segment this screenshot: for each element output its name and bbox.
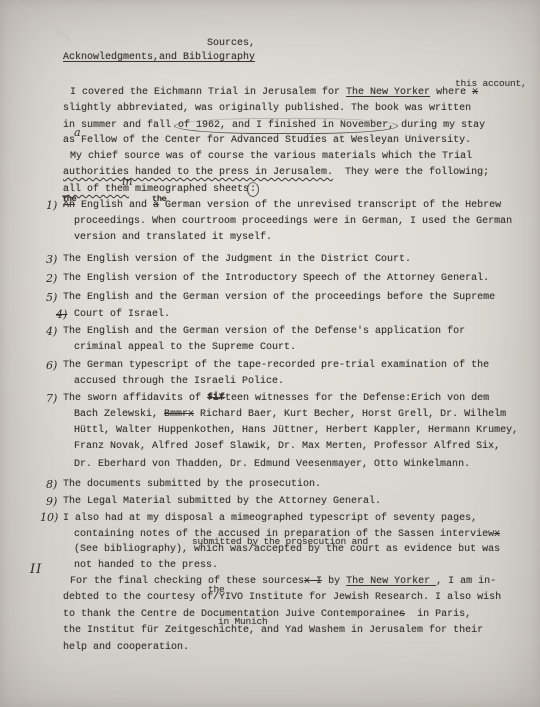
list-item-line: The German typescript of the tape-record… — [63, 359, 489, 372]
paragraph-line: For the final checking of these sourcesx… — [70, 575, 496, 588]
list-item-line: Hüttl, Walter Huppenkothen, Hans Jüttner… — [74, 424, 518, 437]
list-number: 8) — [46, 478, 57, 493]
list-item-line: accused through the Israeli Police. — [74, 375, 284, 388]
paragraph-line: debted to the courtesy of/YIVO Institute… — [63, 591, 501, 604]
list-number: 7) — [46, 392, 57, 407]
text-segment: Acknowledgments,and Bibliography — [63, 52, 255, 63]
overstrike-correction: AnThe — [63, 199, 75, 212]
text-segment: English and — [75, 200, 153, 211]
list-item-line: The documents submitted by the prosecuti… — [63, 478, 321, 491]
text-segment: The English version of the Introductory … — [63, 273, 489, 284]
paragraph-line: the Institut für Zeitgeschichte, and Yad… — [63, 624, 483, 637]
list-item-line: Bach Zelewski, Bmmrx Richard Baer, Kurt … — [74, 408, 506, 421]
text-segment: For the final checking of these sources — [70, 576, 304, 587]
list-item-line: AnThe English and athe German version of… — [63, 199, 501, 212]
list-number: 3) — [46, 253, 57, 268]
text-segment: The English version of the Judgment in t… — [63, 254, 411, 265]
list-item-line: Court of Israel. — [74, 308, 170, 321]
overstrike-correction: fifsix — [207, 392, 225, 405]
doc-subtitle: Acknowledgments,and Bibliography — [63, 51, 255, 64]
text-segment: Franz Novak, Alfred Josef Slawik, Dr. Ma… — [74, 441, 500, 452]
text-segment: by — [322, 576, 346, 587]
typed-correction: the — [152, 193, 166, 206]
text-segment: x I — [304, 576, 322, 587]
text-segment: Hüttl, Walter Huppenkothen, Hans Jüttner… — [74, 425, 518, 436]
text-segment: help and cooperation. — [63, 642, 189, 653]
handwritten-annotation: 3) — [46, 253, 57, 266]
handwritten-annotation: 1) — [46, 199, 57, 212]
text-segment: mimeographed sheets — [129, 184, 249, 195]
list-item-line: criminal appeal to the Supreme Court. — [74, 341, 296, 354]
text-segment: The Legal Material submitted by the Atto… — [63, 496, 381, 507]
text-segment: The German typescript of the tape-record… — [63, 360, 489, 371]
text-segment: The English and the German version of th… — [63, 292, 495, 303]
paragraph-line: help and cooperation. — [63, 641, 189, 654]
text-segment: , I am in- — [436, 576, 496, 587]
handwritten-annotation: 4) — [56, 308, 67, 321]
text-segment: The sworn affidavits of — [63, 393, 207, 404]
text-segment: Bmmrx — [164, 409, 194, 420]
text-segment: of 1962, and I finished in November, — [174, 118, 398, 134]
handwritten-annotation: 4) — [46, 325, 57, 338]
text-segment: Court of Israel. — [74, 309, 170, 320]
text-segment: where — [430, 87, 472, 98]
list-item-line: (See bibliography), which was/accepted b… — [74, 543, 500, 556]
text-segment: They were the following; — [333, 167, 489, 178]
text-segment: debted to the courtesy of/YIVO Institute… — [63, 592, 501, 603]
text-segment: The New Yorker — [346, 576, 436, 587]
handwritten-annotation: 10) — [40, 511, 58, 524]
paragraph-line: slightly abbreviated, was originally pub… — [63, 102, 471, 115]
list-item-line: The English and the German version of th… — [63, 291, 495, 304]
text-segment: accused through the Israeli Police. — [74, 376, 284, 387]
list-item-line: Franz Novak, Alfred Josef Slawik, Dr. Ma… — [74, 440, 500, 453]
list-number: 5) — [46, 291, 57, 306]
list-number: 6) — [46, 359, 57, 374]
list-number: 1) — [46, 199, 57, 214]
text-segment: My chief source was of course the variou… — [70, 151, 472, 162]
document-page: Sources,Acknowledgments,and Bibliography… — [0, 0, 540, 707]
list-item-line: I also had at my disposal a mimeographed… — [63, 512, 477, 525]
list-item-line: The sworn affidavits of fifsixteen witne… — [63, 392, 489, 405]
paragraph-line: My chief source was of course the variou… — [70, 150, 472, 163]
paragraph-line: I covered the Eichmann Trial in Jerusale… — [70, 86, 478, 99]
list-item-line: The English version of the Introductory … — [63, 272, 489, 285]
text-segment: criminal appeal to the Supreme Court. — [74, 342, 296, 353]
text-segment: version and translated it myself. — [74, 232, 272, 243]
doc-title: Sources, — [207, 37, 255, 50]
text-segment: the Institut für Zeitgeschichte, and Yad… — [63, 625, 483, 636]
typed-correction: six — [207, 391, 224, 404]
text-segment: The English and the German version of th… — [63, 326, 465, 337]
list-item-line: Dr. Eberhard von Thadden, Dr. Edmund Vee… — [74, 458, 470, 471]
list-item-line: The Legal Material submitted by the Atto… — [63, 495, 381, 508]
text-segment: Dr. Eberhard von Thadden, Dr. Edmund Vee… — [74, 459, 470, 470]
overstrike-correction: athe — [153, 199, 159, 212]
text-segment: I also had at my disposal a mimeographed… — [63, 513, 477, 524]
text-segment: German version of the unrevised transcri… — [159, 200, 501, 211]
list-number: 2) — [46, 272, 57, 287]
text-segment: Bach Zelewski, — [74, 409, 164, 420]
text-segment: : — [247, 182, 259, 197]
text-segment: Sources, — [207, 38, 255, 49]
text-segment: The documents submitted by the prosecuti… — [63, 479, 321, 490]
text-segment: authorities handed to the press in Jerus… — [63, 167, 333, 178]
text-segment: during my stay — [395, 120, 485, 131]
text-segment: x — [472, 87, 478, 98]
margin-mark: II — [30, 563, 42, 576]
handwritten-annotation: 9) — [46, 495, 57, 508]
list-item-line: not handed to the press. — [74, 559, 218, 572]
handwritten-annotation: 8) — [46, 478, 57, 491]
handwritten-annotation: 6) — [46, 359, 57, 372]
handwritten-annotation: 5) — [46, 291, 57, 304]
text-segment: x — [494, 529, 500, 540]
paragraph-line: in summer and fall of 1962, and I finish… — [63, 118, 485, 134]
text-segment: as Fellow of the Center for Advanced Stu… — [63, 135, 471, 146]
handwritten-annotation: 2) — [46, 272, 57, 285]
list-item-line: The English and the German version of th… — [63, 325, 465, 338]
text-segment: not handed to the press. — [74, 560, 218, 571]
handwritten-annotation: II — [30, 562, 42, 577]
text-segment: The New Yorker — [346, 87, 430, 98]
list-number: 10) — [40, 511, 58, 526]
list-item-line: proceedings. When courtroom proceedings … — [74, 215, 512, 228]
text-segment: I covered the Eichmann Trial in Jerusale… — [70, 87, 346, 98]
text-segment: teen witnesses for the Defense:Erich von… — [225, 393, 489, 404]
typed-correction: The — [62, 193, 76, 206]
text-segment: (See bibliography), which was/accepted b… — [74, 544, 500, 555]
text-segment: slightly abbreviated, was originally pub… — [63, 103, 471, 114]
handwritten-annotation: 7) — [46, 392, 57, 405]
text-segment: Richard Baer, Kurt Becher, Horst Grell, … — [194, 409, 506, 420]
list-item-line: The English version of the Judgment in t… — [63, 253, 411, 266]
list-item-line: version and translated it myself. — [74, 231, 272, 244]
paragraph-line: as Fellow of the Center for Advanced Stu… — [63, 134, 471, 147]
list-number: 4) — [46, 325, 57, 340]
list-number-struck: 4) — [56, 308, 67, 323]
list-number: 9) — [46, 495, 57, 510]
text-segment: in Paris, — [405, 609, 471, 620]
text-segment: proceedings. When courtroom proceedings … — [74, 216, 512, 227]
